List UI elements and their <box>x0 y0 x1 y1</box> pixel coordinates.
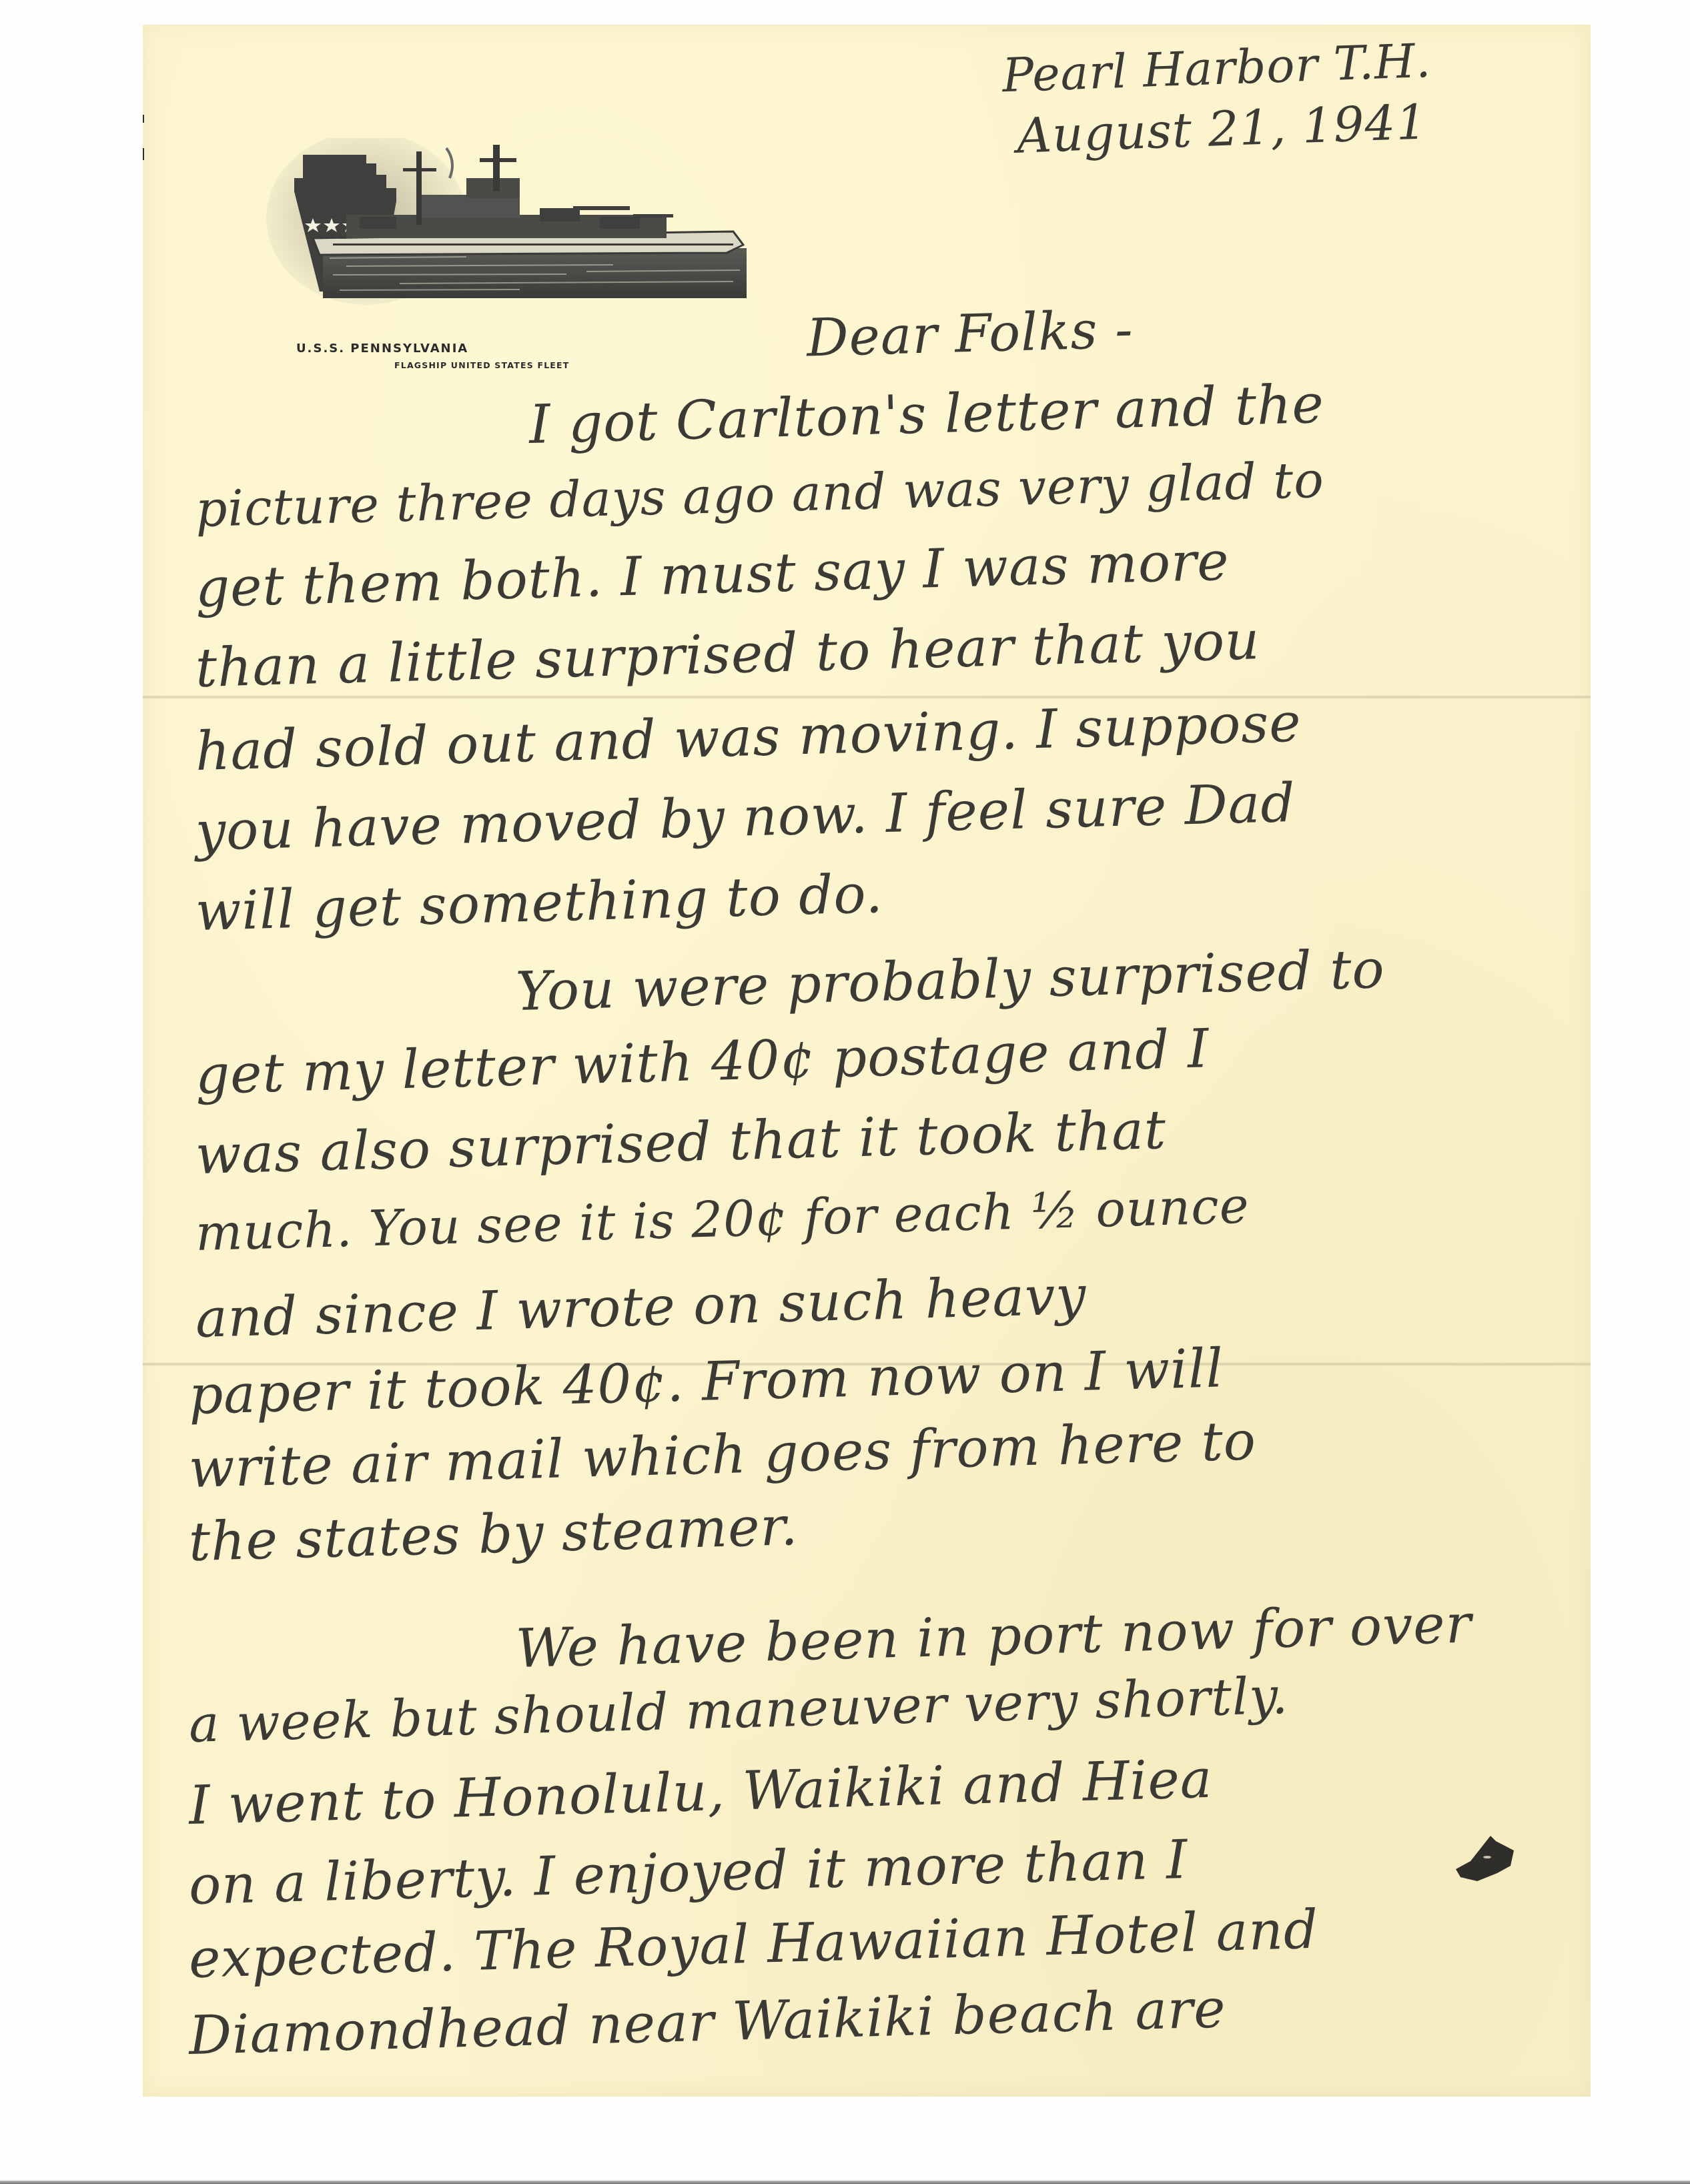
body-line: on a liberty. I enjoyed it more than I <box>188 1833 1189 1913</box>
battleship-keystone-icon <box>266 138 747 332</box>
body-line: the states by steamer. <box>188 1500 799 1569</box>
letter-place: Pearl Harbor T.H. <box>1001 37 1432 99</box>
body-line: was also surprised that it took that <box>195 1103 1167 1182</box>
body-line: had sold out and was moving. I suppose <box>195 696 1302 778</box>
body-line: paper it took 40¢. From now on I will <box>188 1341 1224 1422</box>
salutation: Dear Folks - <box>806 304 1134 365</box>
letterhead-ship-name: U.S.S. PENNSYLVANIA <box>296 342 468 356</box>
body-line: than a little surprised to hear that you <box>195 614 1261 695</box>
scanner-edge <box>0 2181 1690 2184</box>
body-line: expected. The Royal Hawaiian Hotel and <box>188 1903 1319 1986</box>
body-line: get them both. I must say I was more <box>195 534 1230 615</box>
letter-date: August 21, 1941 <box>1016 97 1428 159</box>
letterhead: U.S.S. PENNSYLVANIA FLAGSHIP UNITED STAT… <box>266 138 747 378</box>
letter-page: U.S.S. PENNSYLVANIA FLAGSHIP UNITED STAT… <box>143 25 1591 2097</box>
body-line: I got Carlton's letter and the <box>528 378 1325 452</box>
ink-blot-icon <box>1450 1829 1517 1884</box>
body-line: You were probably surprised to <box>515 943 1386 1019</box>
body-line: I went to Honolulu, Waikiki and Hiea <box>188 1752 1213 1832</box>
body-line: get my letter with 40¢ postage and I <box>195 1022 1210 1102</box>
body-line: and since I wrote on such heavy <box>195 1269 1087 1345</box>
stray-mark <box>143 115 144 123</box>
letterhead-subtitle: FLAGSHIP UNITED STATES FLEET <box>394 360 570 370</box>
body-line: will get something to do. <box>195 867 884 939</box>
body-line: you have moved by now. I feel sure Dad <box>195 776 1296 859</box>
body-line: a week but should maneuver very shortly. <box>188 1670 1289 1750</box>
body-line: much. You see it is 20¢ for each ½ ounce <box>195 1181 1250 1258</box>
body-line: write air mail which goes from here to <box>188 1414 1257 1496</box>
body-line: Diamondhead near Waikiki beach are <box>188 1982 1227 2063</box>
stray-mark <box>143 148 144 160</box>
body-line: We have been in port now for over <box>515 1598 1472 1676</box>
paper-fold-line <box>143 695 1591 699</box>
body-line: picture three days ago and was very glad… <box>195 456 1324 534</box>
